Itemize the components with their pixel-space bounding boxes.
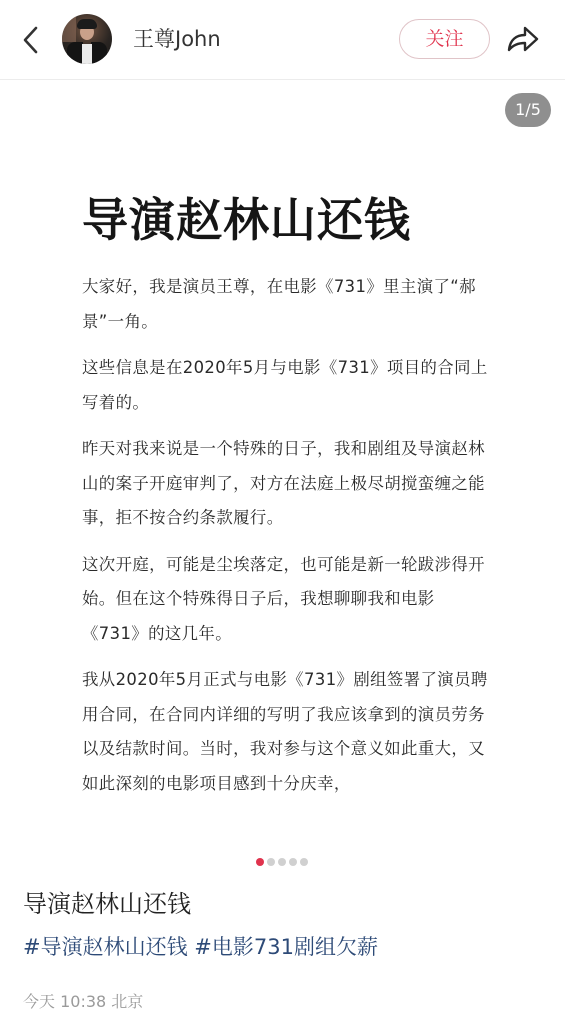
document-paragraph: 这些信息是在2020年5月与电影《731》项目的合同上写着的。 [82, 351, 492, 420]
hashtag-list: #导演赵林山还钱 #电影731剧组欠薪 [23, 931, 378, 963]
carousel-dot[interactable] [267, 858, 275, 866]
carousel-dot-active[interactable] [256, 858, 264, 866]
username[interactable]: 王尊John [133, 25, 221, 53]
avatar[interactable] [62, 14, 112, 64]
document-body: 大家好，我是演员王尊，在电影《731》里主演了“郝景”一角。 这些信息是在202… [82, 270, 492, 813]
share-button[interactable] [505, 22, 541, 56]
top-nav-bar: 王尊John 关注 [0, 0, 565, 80]
document-title: 导演赵林山还钱 [82, 188, 411, 252]
share-arrow-icon [505, 22, 541, 56]
follow-button[interactable]: 关注 [399, 19, 490, 59]
document-paragraph: 这次开庭，可能是尘埃落定，也可能是新一轮跋涉得开始。但在这个特殊得日子后，我想聊… [82, 548, 492, 652]
chevron-left-icon [18, 22, 46, 58]
document-paragraph: 大家好，我是演员王尊，在电影《731》里主演了“郝景”一角。 [82, 270, 492, 339]
hashtag-link[interactable]: #电影731剧组欠薪 [194, 935, 378, 959]
post-time: 今天 10:38 [23, 992, 106, 1011]
carousel-dot[interactable] [278, 858, 286, 866]
carousel-dot[interactable] [300, 858, 308, 866]
document-paragraph: 昨天对我来说是一个特殊的日子，我和剧组及导演赵林山的案子开庭审判了，对方在法庭上… [82, 432, 492, 536]
post-location: 北京 [111, 992, 143, 1011]
post-meta: 今天 10:38 北京 [23, 990, 143, 1014]
carousel-dot[interactable] [289, 858, 297, 866]
document-paragraph: 我从2020年5月正式与电影《731》剧组签署了演员聘用合同，在合同内详细的写明… [82, 663, 492, 801]
back-button[interactable] [18, 22, 46, 58]
post-title: 导演赵林山还钱 [23, 886, 191, 922]
page-indicator: 1/5 [505, 93, 551, 127]
carousel-dots [256, 858, 308, 866]
hashtag-link[interactable]: #导演赵林山还钱 [23, 935, 188, 959]
